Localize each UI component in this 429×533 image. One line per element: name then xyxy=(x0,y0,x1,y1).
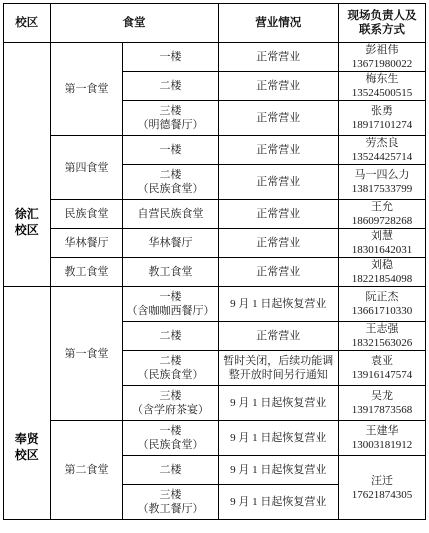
floor-label: 一楼 xyxy=(125,290,215,304)
floor-label: 教工食堂 xyxy=(125,265,215,279)
contact-phone: 17621874305 xyxy=(341,488,423,502)
canteen-cell: 第一食堂 xyxy=(50,287,123,421)
contact-person: 汪迁 xyxy=(341,474,423,488)
contact-cell: 刘慧 18301642031 xyxy=(338,229,425,258)
status-cell: 9 月 1 日起恢复营业 xyxy=(218,485,338,520)
contact-cell: 马一四么力 13817533799 xyxy=(338,165,425,200)
floor-cell: 三楼 （明德餐厅） xyxy=(123,101,218,136)
canteen-cell: 教工食堂 xyxy=(50,258,123,287)
contact-phone: 18609728268 xyxy=(341,214,423,228)
contact-person: 吴龙 xyxy=(341,389,423,403)
table-row: 徐汇 校区 第一食堂 一楼 正常营业 彭祖伟 13671980022 xyxy=(4,43,426,72)
contact-phone: 13661710330 xyxy=(341,304,423,318)
contact-phone: 13917873568 xyxy=(341,403,423,417)
floor-cell: 二楼 xyxy=(123,322,218,351)
table-row: 第四食堂 一楼 正常营业 劳杰良 13524425714 xyxy=(4,136,426,165)
contact-cell-merged: 汪迁 17621874305 xyxy=(338,456,425,520)
floor-cell: 二楼 （民族食堂） xyxy=(123,351,218,386)
floor-label: 一楼 xyxy=(125,50,215,64)
status-cell: 正常营业 xyxy=(218,322,338,351)
table-header-row: 校区 食堂 营业情况 现场负责人及 联系方式 xyxy=(4,4,426,43)
contact-person: 梅东生 xyxy=(341,72,423,86)
campus-label: 奉贤 校区 xyxy=(6,431,48,463)
header-status: 营业情况 xyxy=(218,4,338,43)
contact-phone: 18301642031 xyxy=(341,243,423,257)
contact-cell: 王建华 13003181912 xyxy=(338,421,425,456)
floor-cell: 自营民族食堂 xyxy=(123,200,218,229)
status-cell: 正常营业 xyxy=(218,101,338,136)
table-row: 华林餐厅 华林餐厅 正常营业 刘慧 18301642031 xyxy=(4,229,426,258)
contact-cell: 彭祖伟 13671980022 xyxy=(338,43,425,72)
contact-person: 劳杰良 xyxy=(341,136,423,150)
status-cell: 正常营业 xyxy=(218,165,338,200)
status-cell: 正常营业 xyxy=(218,229,338,258)
canteen-status-document: 校区 食堂 营业情况 现场负责人及 联系方式 徐汇 校区 第一食堂 一楼 正常营… xyxy=(0,0,429,520)
floor-cell: 教工食堂 xyxy=(123,258,218,287)
floor-note: （民族食堂） xyxy=(125,368,215,382)
canteen-status-table: 校区 食堂 营业情况 现场负责人及 联系方式 徐汇 校区 第一食堂 一楼 正常营… xyxy=(3,3,426,520)
floor-label: 二楼 xyxy=(125,168,215,182)
floor-cell: 一楼 （含咖咖西餐厅） xyxy=(123,287,218,322)
floor-note: （教工餐厅） xyxy=(125,502,215,516)
floor-cell: 二楼 xyxy=(123,456,218,485)
contact-cell: 吴龙 13917873568 xyxy=(338,386,425,421)
header-contact: 现场负责人及 联系方式 xyxy=(338,4,425,43)
floor-note: （明德餐厅） xyxy=(125,118,215,132)
contact-person: 王允 xyxy=(341,200,423,214)
floor-cell: 华林餐厅 xyxy=(123,229,218,258)
table-row: 第二食堂 一楼 （民族食堂） 9 月 1 日起恢复营业 王建华 13003181… xyxy=(4,421,426,456)
contact-person: 彭祖伟 xyxy=(341,43,423,57)
contact-cell: 袁亚 13916147574 xyxy=(338,351,425,386)
floor-label: 三楼 xyxy=(125,488,215,502)
contact-cell: 梅东生 13524500515 xyxy=(338,72,425,101)
floor-note: （含咖咖西餐厅） xyxy=(125,304,215,318)
contact-person: 刘慧 xyxy=(341,229,423,243)
contact-phone: 13817533799 xyxy=(341,182,423,196)
contact-person: 阮正杰 xyxy=(341,290,423,304)
contact-person: 张勇 xyxy=(341,104,423,118)
contact-phone: 13671980022 xyxy=(341,57,423,71)
canteen-cell: 第一食堂 xyxy=(50,43,123,136)
campus-cell-xuhui: 徐汇 校区 xyxy=(4,43,51,287)
contact-phone: 13003181912 xyxy=(341,438,423,452)
floor-label: 二楼 xyxy=(125,329,215,343)
canteen-cell: 第二食堂 xyxy=(50,421,123,520)
floor-cell: 一楼 xyxy=(123,136,218,165)
contact-phone: 18321563026 xyxy=(341,336,423,350)
contact-cell: 张勇 18917101274 xyxy=(338,101,425,136)
floor-label: 二楼 xyxy=(125,463,215,477)
floor-cell: 一楼 （民族食堂） xyxy=(123,421,218,456)
floor-label: 一楼 xyxy=(125,143,215,157)
status-cell: 9 月 1 日起恢复营业 xyxy=(218,287,338,322)
campus-cell-fengxian: 奉贤 校区 xyxy=(4,287,51,520)
contact-cell: 王志强 18321563026 xyxy=(338,322,425,351)
header-campus: 校区 xyxy=(4,4,51,43)
floor-cell: 三楼 （含学府茶宴） xyxy=(123,386,218,421)
floor-label: 华林餐厅 xyxy=(125,236,215,250)
status-cell: 9 月 1 日起恢复营业 xyxy=(218,456,338,485)
table-row: 民族食堂 自营民族食堂 正常营业 王允 18609728268 xyxy=(4,200,426,229)
floor-label: 二楼 xyxy=(125,79,215,93)
contact-person: 王志强 xyxy=(341,322,423,336)
floor-note: （民族食堂） xyxy=(125,438,215,452)
contact-person: 刘稳 xyxy=(341,258,423,272)
canteen-cell: 华林餐厅 xyxy=(50,229,123,258)
status-cell: 正常营业 xyxy=(218,72,338,101)
contact-cell: 王允 18609728268 xyxy=(338,200,425,229)
contact-cell: 刘稳 18221854098 xyxy=(338,258,425,287)
contact-phone: 18917101274 xyxy=(341,118,423,132)
status-cell: 正常营业 xyxy=(218,43,338,72)
floor-cell: 三楼 （教工餐厅） xyxy=(123,485,218,520)
contact-cell: 劳杰良 13524425714 xyxy=(338,136,425,165)
contact-person: 马一四么力 xyxy=(341,168,423,182)
status-cell: 暂时关闭，后续功能调整开放时间另行通知 xyxy=(218,351,338,386)
status-cell: 9 月 1 日起恢复营业 xyxy=(218,421,338,456)
contact-person: 王建华 xyxy=(341,424,423,438)
contact-phone: 13524425714 xyxy=(341,150,423,164)
floor-label: 三楼 xyxy=(125,389,215,403)
contact-phone: 18221854098 xyxy=(341,272,423,286)
header-canteen: 食堂 xyxy=(50,4,218,43)
floor-note: （民族食堂） xyxy=(125,182,215,196)
floor-label: 一楼 xyxy=(125,424,215,438)
contact-person: 袁亚 xyxy=(341,354,423,368)
contact-phone: 13916147574 xyxy=(341,368,423,382)
status-cell: 正常营业 xyxy=(218,200,338,229)
floor-cell: 二楼 （民族食堂） xyxy=(123,165,218,200)
canteen-cell: 民族食堂 xyxy=(50,200,123,229)
status-cell: 9 月 1 日起恢复营业 xyxy=(218,386,338,421)
table-row: 奉贤 校区 第一食堂 一楼 （含咖咖西餐厅） 9 月 1 日起恢复营业 阮正杰 … xyxy=(4,287,426,322)
table-row: 教工食堂 教工食堂 正常营业 刘稳 18221854098 xyxy=(4,258,426,287)
campus-label: 徐汇 校区 xyxy=(6,206,48,238)
floor-note: （含学府茶宴） xyxy=(125,403,215,417)
floor-cell: 一楼 xyxy=(123,43,218,72)
floor-label: 三楼 xyxy=(125,104,215,118)
status-cell: 正常营业 xyxy=(218,258,338,287)
floor-label: 二楼 xyxy=(125,354,215,368)
floor-label: 自营民族食堂 xyxy=(125,207,215,221)
canteen-cell: 第四食堂 xyxy=(50,136,123,200)
contact-cell: 阮正杰 13661710330 xyxy=(338,287,425,322)
contact-phone: 13524500515 xyxy=(341,86,423,100)
status-cell: 正常营业 xyxy=(218,136,338,165)
floor-cell: 二楼 xyxy=(123,72,218,101)
